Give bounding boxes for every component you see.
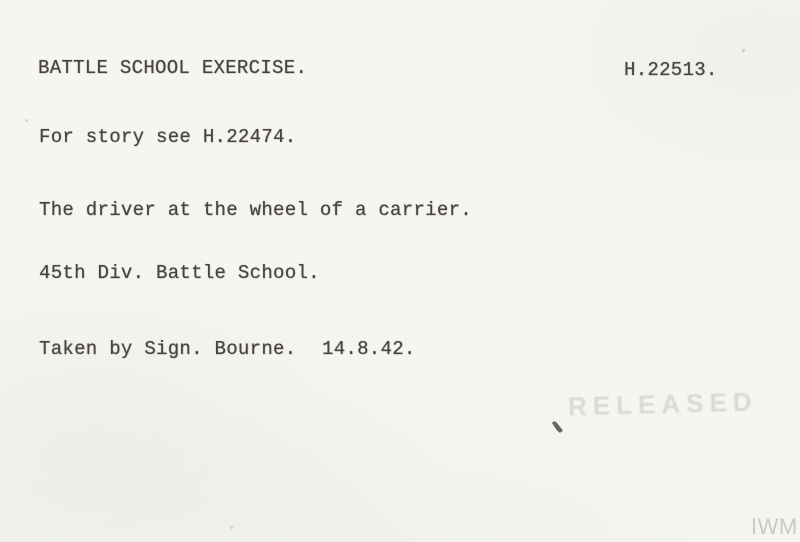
photographer-credit: Taken by Sign. Bourne. — [39, 338, 296, 360]
story-reference: For story see H.22474. — [39, 126, 296, 148]
photo-date: 14.8.42. — [322, 338, 416, 360]
caption-card: BATTLE SCHOOL EXERCISE. H.22513. For sto… — [0, 0, 800, 542]
document-title: BATTLE SCHOOL EXERCISE. — [38, 57, 307, 79]
unit-line: 45th Div. Battle School. — [39, 262, 320, 284]
photo-caption: The driver at the wheel of a carrier. — [39, 199, 472, 221]
released-stamp: RELEASED — [568, 387, 758, 423]
reference-number: H.22513. — [624, 59, 718, 81]
paper-speck — [230, 526, 233, 529]
iwm-watermark: IWM — [751, 514, 798, 540]
paper-speck — [25, 119, 28, 122]
paper-speck — [742, 49, 745, 52]
ink-mark — [552, 421, 563, 433]
